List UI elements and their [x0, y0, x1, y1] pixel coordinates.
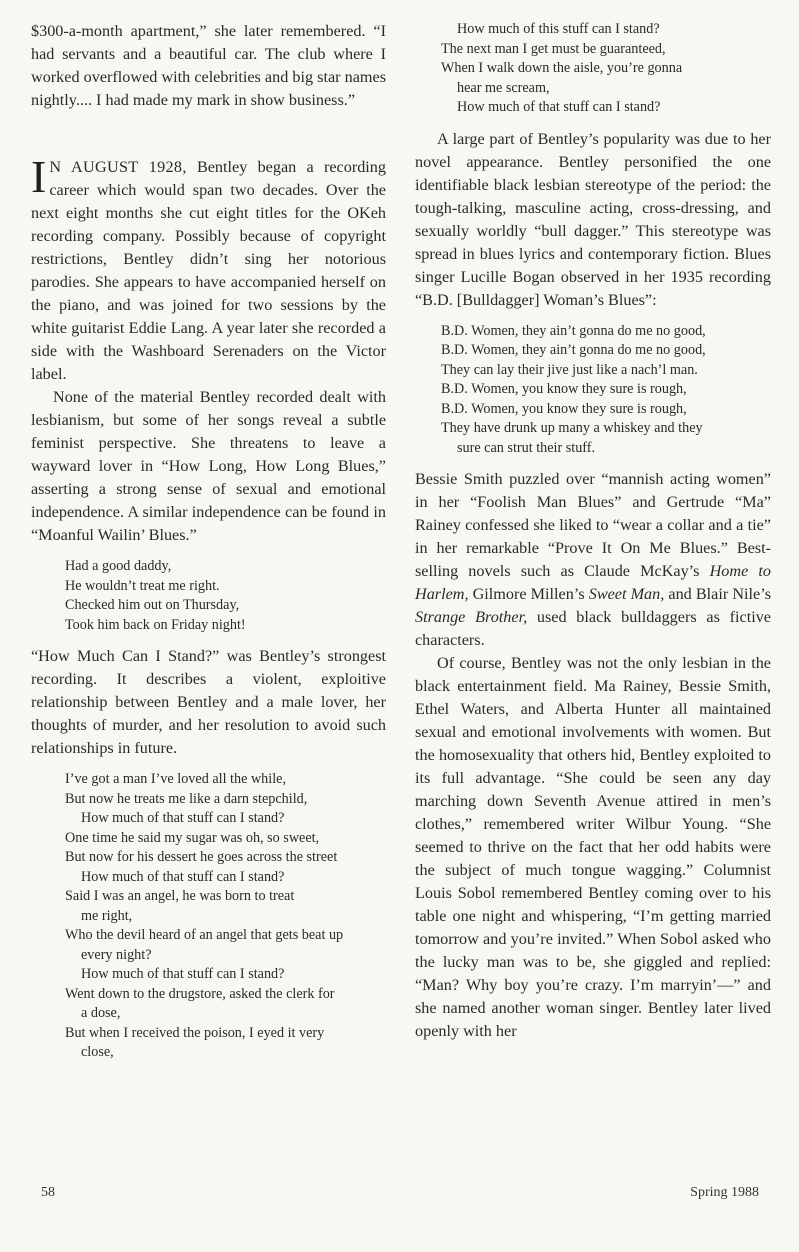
lyric-line: But now he treats me like a darn stepchi… — [31, 790, 386, 810]
lyric-line: B.D. Women, they ain’t gonna do me no go… — [415, 322, 771, 342]
book-title: Sweet Man, — [589, 585, 665, 603]
lyric-line: How much of that stuff can I stand? — [415, 98, 771, 118]
lyric-line: But now for his dessert he goes across t… — [31, 848, 386, 868]
paragraph: Bessie Smith puzzled over “mannish actin… — [415, 468, 771, 652]
paragraph: Of course, Bentley was not the only lesb… — [415, 652, 771, 1043]
lyric-line: He wouldn’t treat me right. — [31, 577, 386, 597]
page-number: 58 — [41, 1185, 55, 1201]
lyric-line: They can lay their jive just like a nach… — [415, 361, 771, 381]
lyric-line: Who the devil heard of an angel that get… — [31, 926, 386, 946]
lyric-line: When I walk down the aisle, you’re gonna — [415, 59, 771, 79]
lyric-line: How much of that stuff can I stand? — [31, 809, 386, 829]
lyric-line: One time he said my sugar was oh, so swe… — [31, 829, 386, 849]
lyric-line: Took him back on Friday night! — [31, 616, 386, 636]
paragraph: “How Much Can I Stand?” was Bentley’s st… — [31, 645, 386, 760]
magazine-page: $300-a-month apartment,” she later remem… — [0, 0, 799, 1252]
text-run: Gilmore Millen’s — [469, 585, 589, 603]
lyric-line: B.D. Women, you know they sure is rough, — [415, 400, 771, 420]
lyric-line: hear me scream, — [415, 79, 771, 99]
paragraph: A large part of Bentley’s popularity was… — [415, 128, 771, 312]
lyric-line: How much of that stuff can I stand? — [31, 965, 386, 985]
lyric-line: sure can strut their stuff. — [415, 439, 771, 459]
lyric-line: How much of that stuff can I stand? — [31, 868, 386, 888]
lyric-line: Went down to the drugstore, asked the cl… — [31, 985, 386, 1005]
drop-cap: I — [31, 158, 46, 196]
lyrics-block: B.D. Women, they ain’t gonna do me no go… — [415, 322, 771, 459]
lyric-line: me right, — [31, 907, 386, 927]
left-column: $300-a-month apartment,” she later remem… — [31, 20, 386, 1073]
text-run: and Blair Nile’s — [664, 585, 771, 603]
issue-date: Spring 1988 — [690, 1185, 759, 1201]
lyric-line: I’ve got a man I’ve loved all the while, — [31, 770, 386, 790]
lyrics-block: How much of this stuff can I stand? The … — [415, 20, 771, 118]
lyrics-block: Had a good daddy, He wouldn’t treat me r… — [31, 557, 386, 635]
lyric-line: close, — [31, 1043, 386, 1063]
lyric-line: The next man I get must be guaranteed, — [415, 40, 771, 60]
book-title: Strange Brother, — [415, 608, 527, 626]
lyric-line: They have drunk up many a whiskey and th… — [415, 419, 771, 439]
lyric-line: Checked him out on Thursday, — [31, 596, 386, 616]
paragraph: $300-a-month apartment,” she later remem… — [31, 20, 386, 112]
lyrics-block: I’ve got a man I’ve loved all the while,… — [31, 770, 386, 1063]
lyric-line: Had a good daddy, — [31, 557, 386, 577]
lyric-line: How much of this stuff can I stand? — [415, 20, 771, 40]
paragraph-text: Bentley began a recording career which w… — [31, 158, 386, 383]
lyric-line: But when I received the poison, I eyed i… — [31, 1024, 386, 1044]
right-column: How much of this stuff can I stand? The … — [415, 20, 771, 1043]
paragraph: None of the material Bentley recorded de… — [31, 386, 386, 547]
lyric-line: every night? — [31, 946, 386, 966]
lyric-line: Said I was an angel, he was born to trea… — [31, 887, 386, 907]
lead-in: N AUGUST 1928, — [49, 158, 186, 176]
section-opening-paragraph: IN AUGUST 1928, Bentley began a recordin… — [31, 156, 386, 386]
lyric-line: a dose, — [31, 1004, 386, 1024]
lyric-line: B.D. Women, you know they sure is rough, — [415, 380, 771, 400]
lyric-line: B.D. Women, they ain’t gonna do me no go… — [415, 341, 771, 361]
